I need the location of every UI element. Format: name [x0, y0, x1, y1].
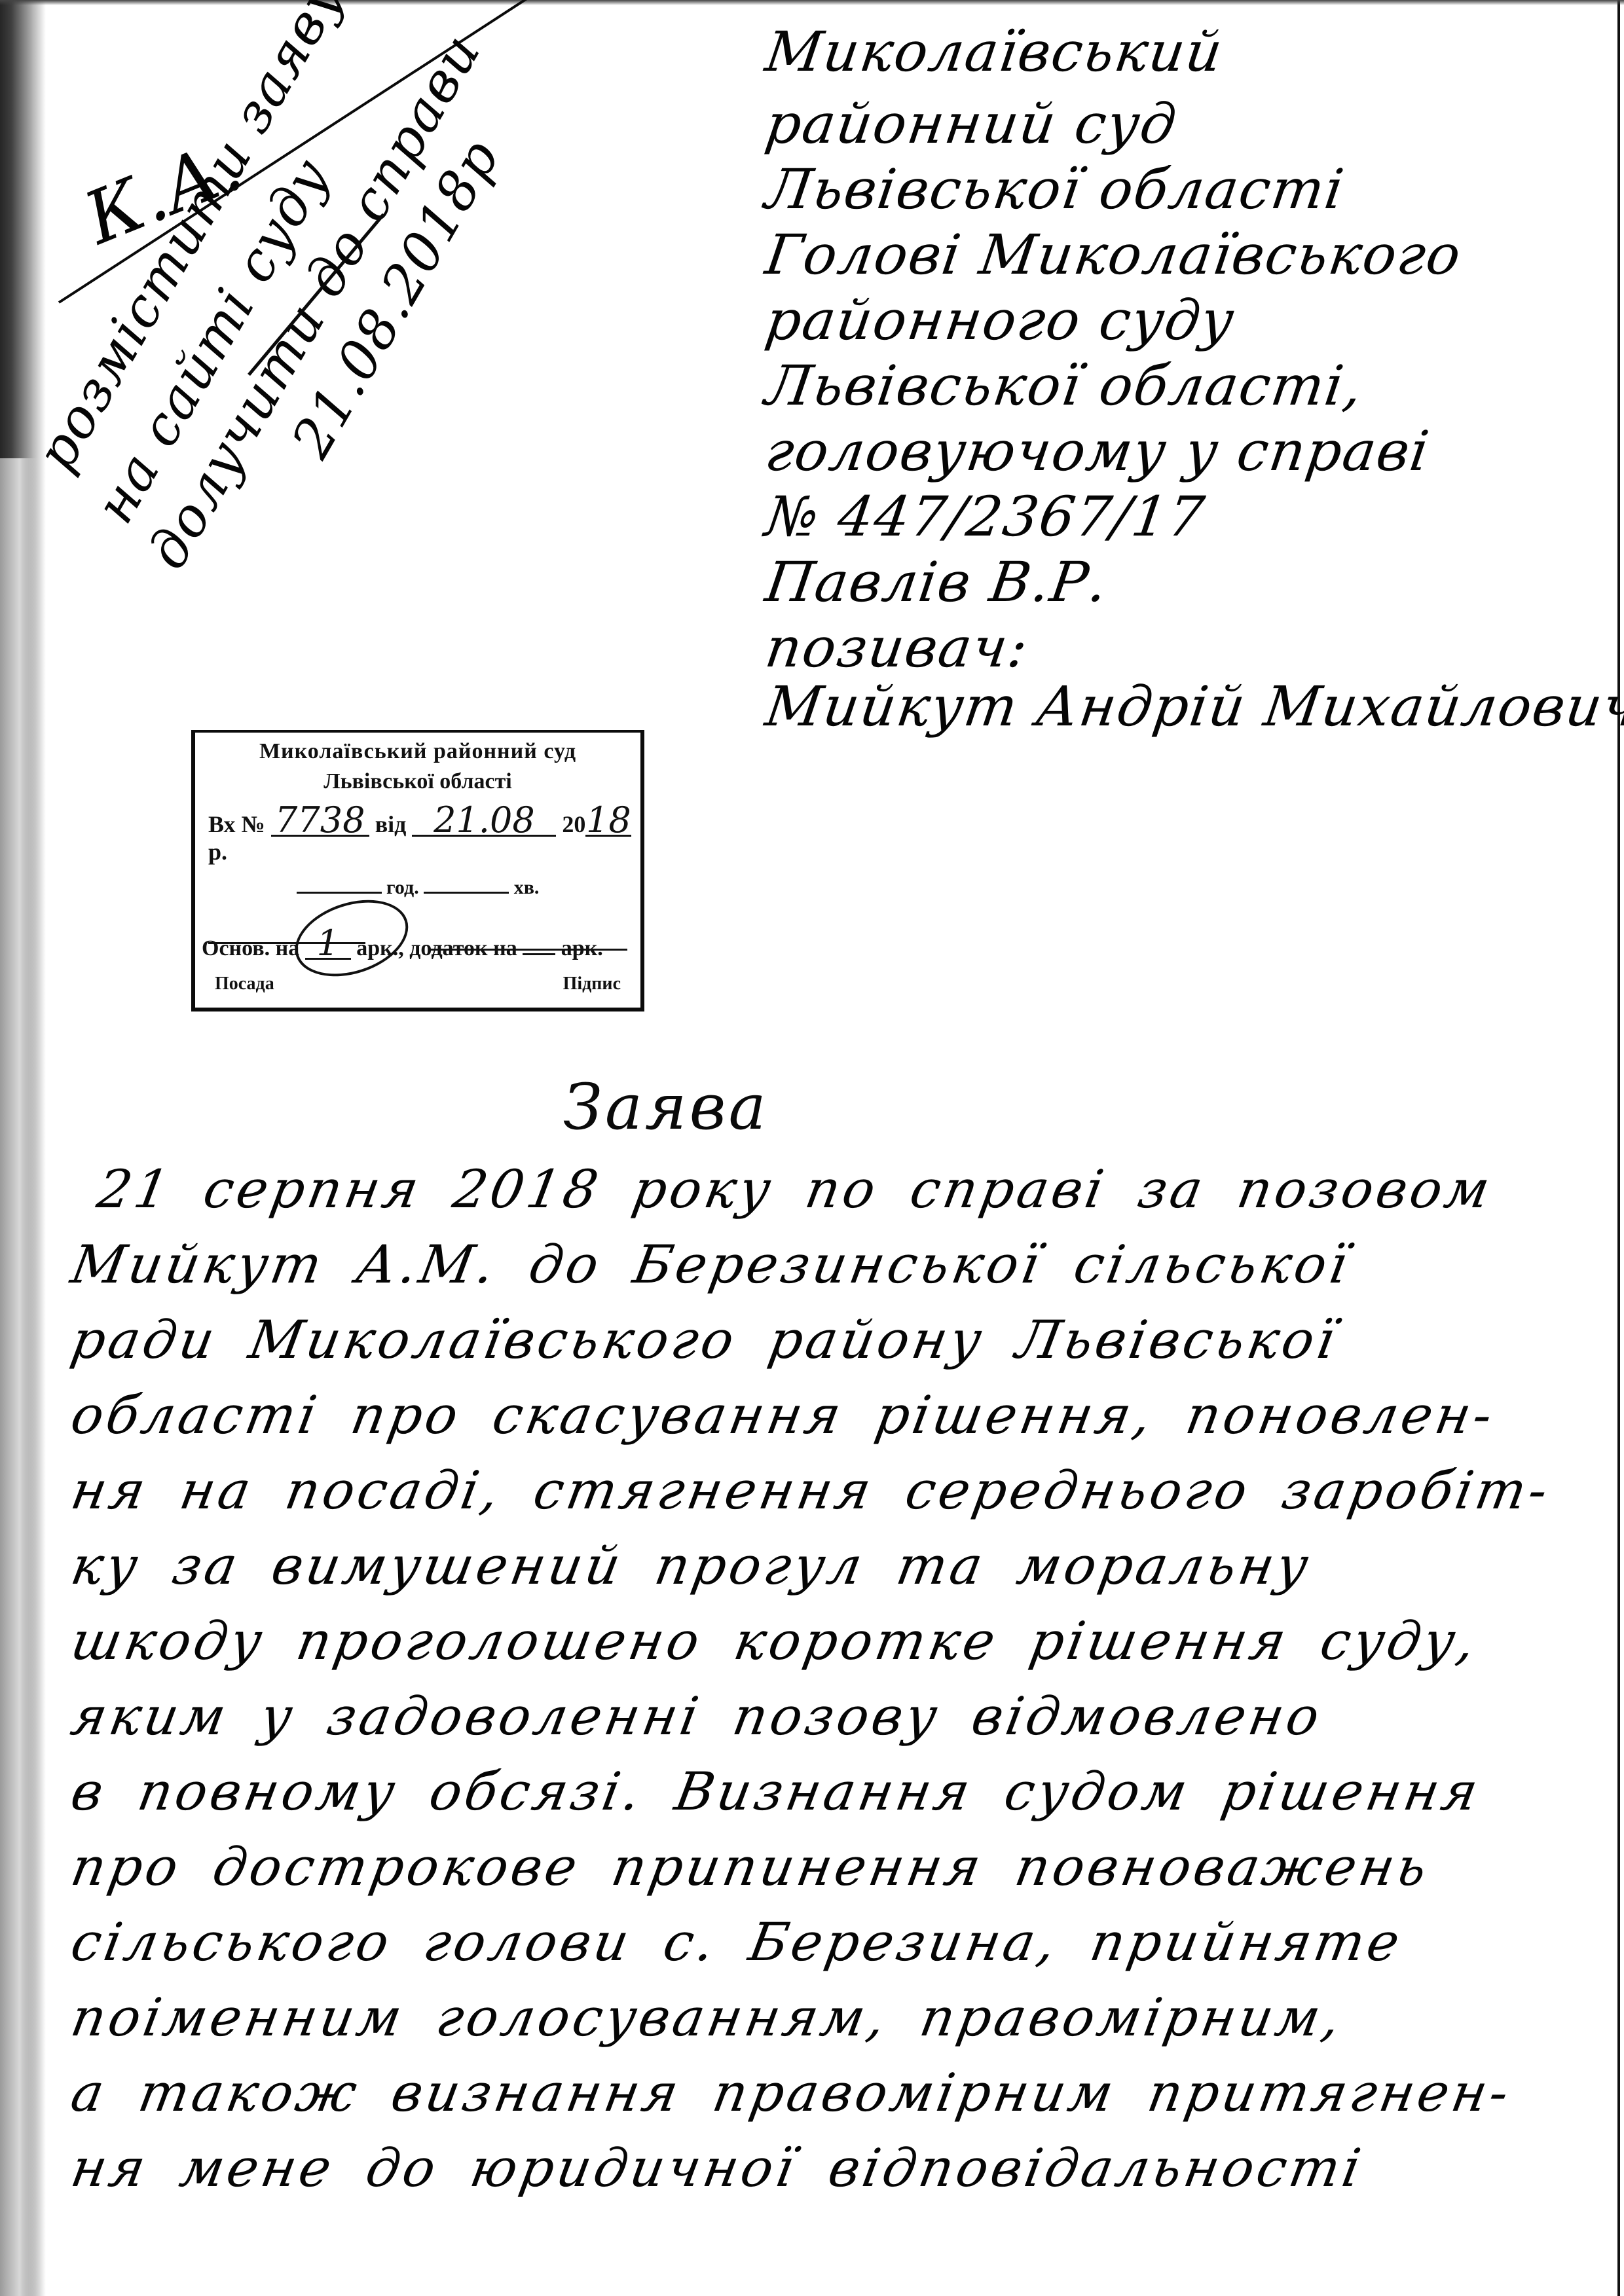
stamp-court-name: Миколаївський районний суд — [195, 739, 640, 764]
body-line: поіменним голосуванням, правомірним, — [67, 1987, 1348, 2048]
body-line: ня на посаді, стягнення середнього зароб… — [67, 1460, 1555, 1521]
stamp-main-label: Основ. на — [202, 936, 299, 960]
stamp-date: 21.08 — [412, 806, 556, 837]
stamp-attachment-blank — [523, 953, 555, 955]
body-line: сільського голови с. Березина, прийняте — [67, 1912, 1407, 1973]
document-title: Заява — [563, 1070, 769, 1144]
addressee-line: головуючому у справі — [762, 419, 1434, 483]
stamp-year-suffix: 18 — [585, 806, 631, 837]
addressee-line: Львівської області, — [762, 354, 1367, 418]
addressee-line: Голові Миколаївського — [762, 223, 1466, 287]
stamp-signature-line — [431, 949, 627, 951]
stamp-from-label: від — [375, 811, 407, 837]
addressee-line: Львівської області — [762, 157, 1348, 221]
case-number: № 447/2367/17 — [762, 484, 1209, 549]
resolution-note: К.А. розмістити заяву на сайті суду долу… — [26, 79, 589, 576]
scan-shadow-left-fade — [0, 458, 39, 2296]
stamp-incoming-number: 7738 — [271, 806, 369, 837]
scan-edge-top — [0, 0, 1624, 5]
addressee-line: районного суду — [762, 288, 1239, 352]
stamp-incoming-label: Вх № — [208, 811, 265, 837]
stamp-signature — [286, 886, 418, 990]
addressee-line: Миколаївський — [762, 20, 1227, 84]
body-line: яким у задоволенні позову відмовлено — [67, 1686, 1327, 1747]
stamp-incoming-row: Вх № 7738 від 21.08 2018р. — [195, 806, 640, 866]
body-line: ня мене до юридичної відповідальності — [67, 2138, 1369, 2198]
stamp-minutes-blank — [424, 892, 509, 894]
stamp-year-prefix: 20 — [562, 811, 585, 837]
body-line: ку за вимушений прогул та моральну — [67, 1535, 1316, 1596]
body-line: а також визнання правомірним притягнен- — [67, 2062, 1517, 2123]
judge-name: Павлів В.Р. — [762, 550, 1113, 614]
stamp-minutes-label: хв. — [514, 877, 540, 898]
body-line: Мийкут А.М. до Березинської сільської — [67, 1234, 1356, 1295]
stamp-hours-blank — [297, 892, 382, 894]
stamp-sheets-row: Основ. на 1 арк., додаток на арк. — [195, 929, 640, 961]
body-line: області про скасування рішення, поновлен… — [67, 1385, 1500, 1446]
stamp-hours-label: год. — [386, 877, 419, 898]
body-line: 21 серпня 2018 року по справі за позовом — [93, 1159, 1498, 1220]
scan-edge-right — [1617, 0, 1620, 2296]
body-line: ради Миколаївського району Львівської — [67, 1309, 1342, 1370]
body-line: шкоду проголошено коротке рішення суду, — [67, 1611, 1483, 1671]
body-line: в повному обсязі. Визнання судом рішення — [67, 1761, 1486, 1822]
stamp-time-row: год. хв. — [195, 877, 640, 899]
resolution-line: долучити до справи — [136, 24, 493, 579]
body-line: про дострокове припинення повноважень — [67, 1836, 1435, 1897]
registration-stamp: Миколаївський районний суд Львівської об… — [191, 730, 644, 1011]
plaintiff-name: Мийкут Андрій Михайлович, — [762, 674, 1624, 738]
stamp-signature-label: Підпис — [563, 974, 621, 994]
stamp-year-unit: р. — [208, 839, 227, 865]
addressee-line: районний суд — [762, 92, 1181, 156]
stamp-region: Львівської області — [195, 769, 640, 794]
stamp-position-label: Посада — [215, 974, 274, 994]
plaintiff-label: позивач: — [762, 615, 1033, 680]
